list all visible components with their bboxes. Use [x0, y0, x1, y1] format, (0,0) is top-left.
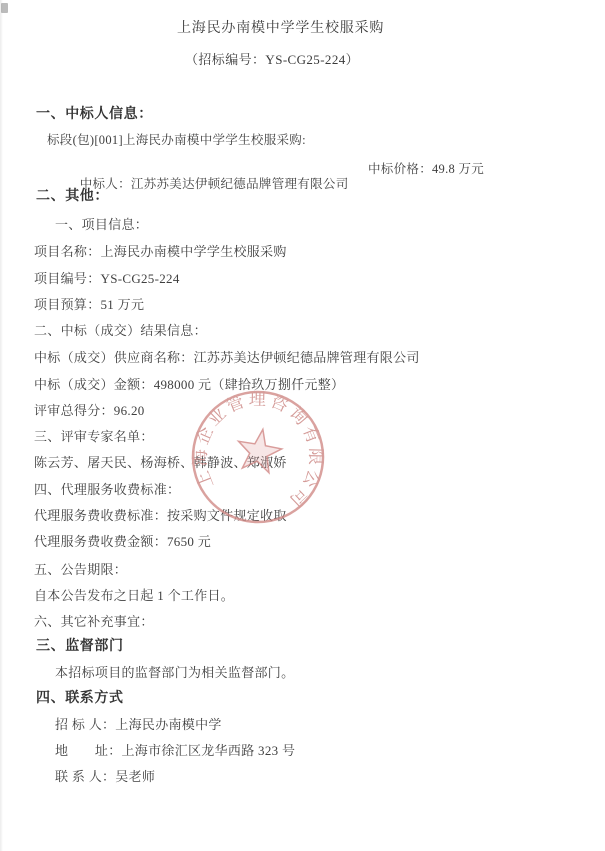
bid-price: 中标价格：49.8 万元	[368, 162, 484, 177]
winner-line: 中标人：江苏苏美达伊顿纪德品牌管理有限公司 中标价格：49.8 万元	[66, 162, 605, 222]
winner-name: 中标人：江苏苏美达伊顿纪德品牌管理有限公司	[80, 177, 349, 191]
project-name: 项目名称：上海民办南模中学学生校服采购	[34, 244, 287, 260]
star-icon	[234, 426, 284, 475]
agency-amount: 代理服务费收费金额：7650 元	[34, 534, 211, 550]
section3-heading: 三、监督部门	[36, 639, 124, 656]
project-info-heading: 一、项目信息：	[55, 217, 148, 233]
company-seal-stamp: 上海企业管理咨询有限公司	[183, 382, 333, 532]
contact-person: 联 系 人：吴老师	[55, 769, 155, 785]
review-score: 评审总得分：96.20	[34, 403, 145, 419]
project-code: 项目编号：YS-CG25-224	[34, 271, 180, 287]
bid-number: （招标编号：YS-CG25-224）	[185, 52, 359, 68]
supplier-name: 中标（成交）供应商名称：江苏苏美达伊顿纪德品牌管理有限公司	[34, 350, 420, 366]
bidder-name: 招 标 人：上海民办南模中学	[55, 717, 222, 733]
project-budget: 项目预算：51 万元	[34, 297, 144, 313]
scan-smudge	[1, 3, 8, 13]
section4-heading: 四、联系方式	[36, 691, 124, 708]
doc-title: 上海民办南模中学学生校服采购	[177, 21, 384, 38]
experts-heading: 三、评审专家名单：	[34, 429, 154, 445]
lot-line: 标段(包)[001]上海民办南模中学学生校服采购:	[47, 133, 306, 148]
section2-heading: 二、其他：	[36, 189, 109, 206]
result-heading: 二、中标（成交）结果信息：	[34, 323, 207, 339]
scan-edge-shadow	[0, 0, 3, 851]
agency-heading: 四、代理服务收费标准：	[34, 482, 180, 498]
period-heading: 五、公告期限：	[34, 562, 127, 578]
supplement-heading: 六、其它补充事宜：	[34, 614, 154, 630]
bidder-address: 地 址：上海市徐汇区龙华西路 323 号	[55, 743, 295, 759]
section1-heading: 一、中标人信息：	[36, 107, 153, 124]
document-page: 上海民办南模中学学生校服采购 （招标编号：YS-CG25-224） 一、中标人信…	[0, 0, 605, 851]
period-text: 自本公告发布之日起 1 个工作日。	[34, 588, 234, 604]
supervision-body: 本招标项目的监督部门为相关监督部门。	[55, 665, 294, 681]
